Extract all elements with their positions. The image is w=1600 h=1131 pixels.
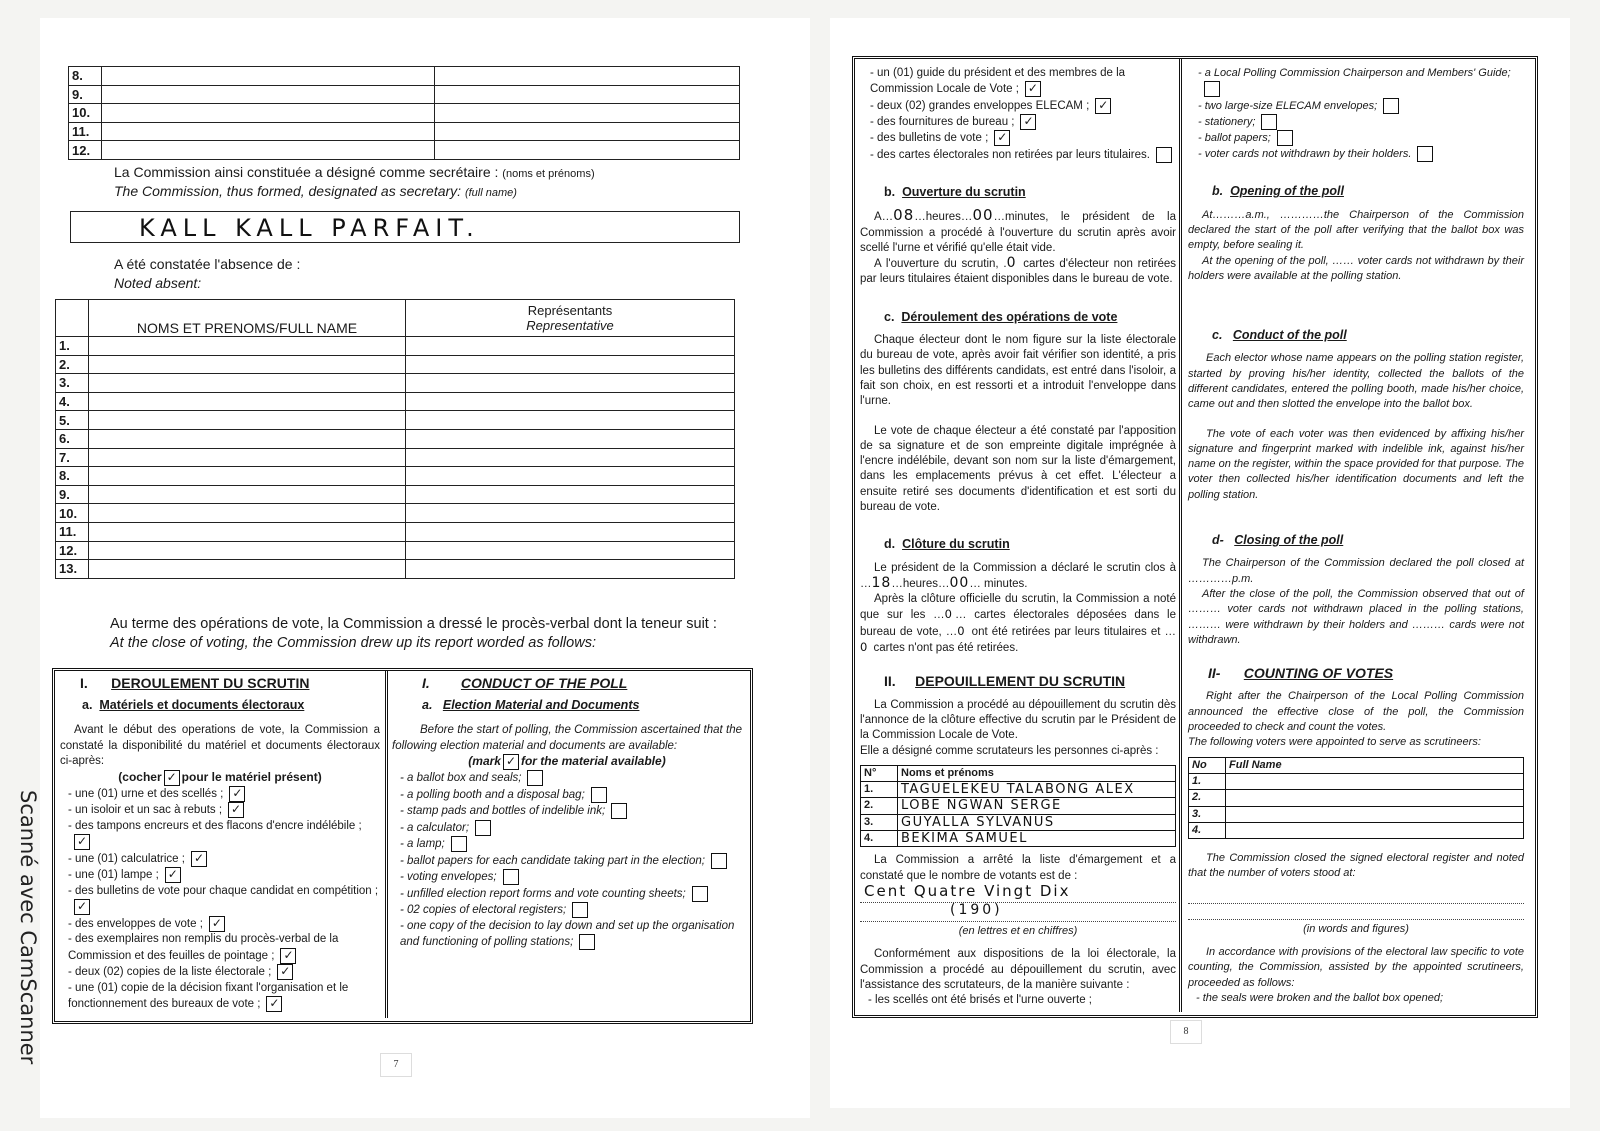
right-page: - un (01) guide du président et des memb… — [830, 18, 1570, 1108]
table-row: 11. — [56, 522, 735, 541]
checklist-item: - a ballot box and seals; — [400, 770, 742, 787]
scrutineer-row: 2.LOBE NGWAN SERGE — [861, 798, 1176, 814]
checkbox-checked-icon[interactable]: ✓ — [191, 851, 207, 867]
checklist-label: - ballot papers for each candidate takin… — [400, 855, 705, 867]
row-number: 12. — [56, 541, 89, 560]
en-column: I. CONDUCT OF THE POLL a. Election Mater… — [392, 676, 742, 951]
checklist-item: - des cartes électorales non retirées pa… — [870, 147, 1176, 163]
checklist-item: - unfilled election report forms and vot… — [400, 886, 742, 903]
fr-column: I. DEROULEMENT DU SCRUTIN a. Matériels e… — [60, 676, 380, 1013]
checkbox-empty-icon[interactable] — [591, 787, 607, 803]
scrutineers-table-en: No Full Name 1.2.3.4. — [1188, 757, 1524, 839]
row-number: 10. — [56, 504, 89, 523]
absent-label-fr: A été constatée l'absence de : — [114, 256, 300, 272]
representative-cell[interactable] — [435, 141, 740, 160]
checklist-item: - two large-size ELECAM envelopes; — [1198, 98, 1524, 114]
representative-cell[interactable] — [406, 392, 735, 411]
subsection-a-en: a. Election Material and Documents — [422, 698, 742, 714]
checkbox-checked-icon[interactable]: ✓ — [1025, 81, 1041, 97]
checklist-label: - un (01) guide du président et des memb… — [870, 67, 1125, 95]
scrutineer-name[interactable] — [1226, 790, 1524, 806]
table-row: 9. — [69, 85, 740, 104]
checklist-label: - one copy of the decision to lay down a… — [400, 920, 734, 949]
table-row: 13. — [56, 560, 735, 579]
checklist-label: - deux (02) copies de la liste électoral… — [68, 966, 271, 978]
checklist-label: - des exemplaires non remplis du procès-… — [68, 933, 338, 962]
checklist-label: - a Local Polling Commission Chairperson… — [1198, 67, 1511, 79]
representative-cell[interactable] — [406, 504, 735, 523]
checklist-label: - 02 copies of electoral registers; — [400, 904, 566, 916]
voters-in-words-en[interactable] — [1188, 888, 1524, 904]
checklist-label: - a calculator; — [400, 822, 469, 834]
scrutineers-table-fr: N° Noms et prénoms 1.TAGUELEKEU TALABONG… — [860, 765, 1176, 847]
row-number: 9. — [56, 485, 89, 504]
table-row: 10. — [56, 504, 735, 523]
representative-cell[interactable] — [406, 560, 735, 579]
checkbox-checked-icon[interactable]: ✓ — [74, 899, 90, 915]
representative-cell[interactable] — [406, 337, 735, 356]
cards-deposited[interactable]: 0 — [945, 607, 955, 621]
conduct-p2-fr: Le vote de chaque électeur a été constat… — [860, 424, 1176, 516]
checkbox-empty-icon[interactable] — [475, 820, 491, 836]
row-number: 3. — [56, 374, 89, 393]
column-divider — [385, 670, 391, 1018]
name-cell[interactable] — [89, 522, 406, 541]
name-cell[interactable] — [89, 560, 406, 579]
cards-not-withdrawn[interactable]: 0 — [860, 640, 870, 654]
absent-label-en: Noted absent: — [114, 275, 201, 291]
row-number: 8. — [69, 67, 102, 86]
table-row: 7. — [56, 448, 735, 467]
checklist-item: - une (01) copie de la décision fixant l… — [68, 981, 380, 1013]
fr-column-right: - un (01) guide du président et des memb… — [860, 66, 1176, 1008]
voters-in-words[interactable]: Cent Quatre Vingt Dix — [860, 884, 1176, 903]
checklist-label: - des bulletins de vote pour chaque cand… — [68, 885, 378, 897]
name-cell[interactable] — [89, 448, 406, 467]
checkbox-checked-icon[interactable]: ✓ — [74, 834, 90, 850]
opening-p1-en: At………a.m., …………the Chairperson of the Co… — [1188, 208, 1524, 254]
cards-withdrawn[interactable]: 0 — [957, 624, 967, 638]
name-cell[interactable] — [89, 485, 406, 504]
row-number: 9. — [69, 85, 102, 104]
name-cell[interactable] — [102, 141, 435, 160]
left-page: 8.9.10.11.12. La Commission ainsi consti… — [40, 18, 810, 1118]
law-item-1-fr: - les scellés ont été brisés et l'urne o… — [860, 993, 1176, 1008]
table-row: 6. — [56, 429, 735, 448]
scrutineer-name[interactable] — [1226, 822, 1524, 838]
intro-en: Before the start of polling, the Commiss… — [392, 723, 742, 754]
name-cell[interactable] — [89, 411, 406, 430]
checklist-item: - des fournitures de bureau ;✓ — [870, 114, 1176, 130]
subsection-a-fr: a. Matériels et documents électoraux — [82, 698, 380, 714]
checklist-label: - unfilled election report forms and vot… — [400, 888, 686, 900]
scrutineer-row: 3. — [1189, 806, 1524, 822]
section-title-fr: I. DEROULEMENT DU SCRUTIN — [80, 676, 380, 692]
checklist-label: - des fournitures de bureau ; — [870, 116, 1014, 128]
closing-hours[interactable]: 18 — [872, 575, 892, 591]
row-number: 13. — [56, 560, 89, 579]
opening-text-fr: A…08…heures…00…minutes, le président de … — [860, 208, 1176, 256]
conduct-p1-en: Each elector whose name appears on the p… — [1188, 351, 1524, 412]
voters-in-figures[interactable]: (190) — [860, 903, 1176, 922]
conduct-p2-en: The vote of each voter was then evidence… — [1188, 427, 1524, 503]
counting-p2-fr: Elle a désigné comme scrutateurs les per… — [860, 744, 1176, 759]
checkbox-empty-icon[interactable] — [1156, 147, 1172, 163]
law-text-en: In accordance with provisions of the ele… — [1188, 945, 1524, 991]
checklist-label: - a ballot box and seals; — [400, 772, 521, 784]
after-closing-fr: Après la clôture officielle du scrutin, … — [860, 592, 1176, 656]
checklist-item: - un isoloir et un sac à rebuts ;✓ — [68, 802, 380, 819]
representative-cell[interactable] — [406, 541, 735, 560]
name-cell[interactable] — [89, 467, 406, 486]
checkbox-checked-icon[interactable]: ✓ — [228, 802, 244, 818]
secretary-name: KALL KALL PARFAIT. — [139, 214, 480, 242]
checklist-item: - a polling booth and a disposal bag; — [400, 787, 742, 804]
scrutineer-number: 1. — [861, 782, 898, 798]
checklist-item: - une (01) urne et des scellés ;✓ — [68, 786, 380, 803]
checklist-item: - stationery; — [1198, 114, 1524, 130]
table-row: 8. — [56, 467, 735, 486]
name-cell[interactable] — [102, 104, 435, 123]
row-number: 11. — [56, 522, 89, 541]
page-number: 8 — [1170, 1020, 1202, 1044]
representative-cell[interactable] — [406, 485, 735, 504]
checkbox-checked-icon[interactable]: ✓ — [994, 130, 1010, 146]
table-row: 8. — [69, 67, 740, 86]
members-table-continued: 8.9.10.11.12. — [68, 66, 740, 160]
representative-cell[interactable] — [406, 522, 735, 541]
law-item-1-en: - the seals were broken and the ballot b… — [1188, 991, 1524, 1006]
table-row: 4. — [56, 392, 735, 411]
checkbox-empty-icon[interactable] — [527, 770, 543, 786]
opening-cards-value[interactable]: 0 — [1007, 255, 1019, 271]
checklist-item: - a Local Polling Commission Chairperson… — [1198, 66, 1524, 98]
scrutineer-name[interactable] — [1226, 806, 1524, 822]
subsection-c-en: c. Conduct of the poll — [1212, 328, 1524, 343]
checklist-item: - ballot papers; — [1198, 130, 1524, 146]
checkbox-empty-icon[interactable] — [503, 869, 519, 885]
section2-title-fr: II. DEPOUILLEMENT DU SCRUTIN — [884, 674, 1176, 689]
checklist-item: - deux (02) grandes enveloppes ELECAM ;✓ — [870, 98, 1176, 114]
representative-cell[interactable] — [435, 104, 740, 123]
checkbox-empty-icon[interactable] — [1261, 114, 1277, 130]
checklist-label: - two large-size ELECAM envelopes; — [1198, 99, 1377, 111]
closing-p1-en: The Chairperson of the Commission declar… — [1188, 556, 1524, 587]
checklist-item: - un (01) guide du président et des memb… — [870, 66, 1176, 98]
checklist-label: - une (01) copie de la décision fixant l… — [68, 982, 348, 1011]
checklist-label: - une (01) calculatrice ; — [68, 853, 185, 865]
checklist-label: - une (01) lampe ; — [68, 869, 159, 881]
checklist-item: - des exemplaires non remplis du procès-… — [68, 932, 380, 964]
absent-table: NOMS ET PRENOMS/FULL NAME Représentants … — [55, 299, 735, 579]
name-cell[interactable] — [102, 67, 435, 86]
counting-p1-fr: La Commission a procédé au dépouillement… — [860, 698, 1176, 744]
checklist-item: - a calculator; — [400, 820, 742, 837]
col-full-name: NOMS ET PRENOMS/FULL NAME — [89, 300, 406, 337]
mark-instruction-fr: (cocher✓pour le matériel présent) — [60, 770, 380, 786]
checklist-label: - voter cards not withdrawn by their hol… — [1198, 148, 1411, 160]
subsection-b-fr: b. Ouverture du scrutin — [884, 185, 1176, 200]
representative-cell[interactable] — [435, 122, 740, 141]
scrutineer-row: 4.BEKIMA SAMUEL — [861, 831, 1176, 847]
row-number: 7. — [56, 448, 89, 467]
scrutineer-number: 2. — [861, 798, 898, 814]
scrutineer-number: 1. — [1189, 773, 1226, 789]
name-cell[interactable] — [89, 355, 406, 374]
checkbox-checked-icon[interactable]: ✓ — [165, 867, 181, 883]
table-row: 10. — [69, 104, 740, 123]
name-cell[interactable] — [102, 85, 435, 104]
checkbox-empty-icon[interactable] — [1277, 130, 1293, 146]
name-cell[interactable] — [89, 504, 406, 523]
checklist-item: - voter cards not withdrawn by their hol… — [1198, 146, 1524, 162]
voters-in-figures-en[interactable] — [1188, 904, 1524, 920]
checklist-item: - une (01) calculatrice ;✓ — [68, 851, 380, 868]
secretary-label-en: The Commission, thus formed, designated … — [114, 183, 517, 199]
counting-p1-en: Right after the Chairperson of the Local… — [1188, 689, 1524, 735]
intro-fr: Avant le début des operations de vote, l… — [60, 723, 380, 770]
scrutineer-name[interactable]: GUYALLA SYLVANUS — [898, 814, 1176, 830]
checklist-label: - des tampons encreurs et des flacons d'… — [68, 820, 362, 832]
row-number: 12. — [69, 141, 102, 160]
scrutineer-number: 3. — [1189, 806, 1226, 822]
scrutineer-number: 2. — [1189, 790, 1226, 806]
checklist-label: - un isoloir et un sac à rebuts ; — [68, 804, 222, 816]
checkbox-empty-icon[interactable] — [1417, 146, 1433, 162]
en-column-right: - a Local Polling Commission Chairperson… — [1188, 66, 1524, 1006]
representative-cell[interactable] — [435, 85, 740, 104]
checklist-label: - stamp pads and bottles of indelible in… — [400, 805, 605, 817]
checklist-item: - a lamp; — [400, 836, 742, 853]
name-cell[interactable] — [89, 429, 406, 448]
scrutineer-name[interactable] — [1226, 773, 1524, 789]
row-number: 1. — [56, 337, 89, 356]
checkbox-checked-icon[interactable]: ✓ — [277, 964, 293, 980]
checklist-label: - voting envelopes; — [400, 871, 497, 883]
subsection-d-en: d- Closing of the poll — [1212, 533, 1524, 548]
checklist-item: - 02 copies of electoral registers; — [400, 902, 742, 919]
checklist-label: - des cartes électorales non retirées pa… — [870, 149, 1150, 161]
scrutineer-row: 1. — [1189, 773, 1524, 789]
name-cell[interactable] — [102, 122, 435, 141]
representative-cell[interactable] — [406, 429, 735, 448]
checkbox-checked-icon[interactable]: ✓ — [280, 948, 296, 964]
checklist-item: - deux (02) copies de la liste électoral… — [68, 964, 380, 981]
scrutineer-name[interactable]: LOBE NGWAN SERGE — [898, 798, 1176, 814]
table-row: 12. — [69, 141, 740, 160]
checkbox-checked-icon[interactable]: ✓ — [209, 916, 225, 932]
register-text-en: The Commission closed the signed elector… — [1188, 851, 1524, 882]
scrutineer-name[interactable]: TAGUELEKEU TALABONG ALEX — [898, 782, 1176, 798]
report-intro-fr: Au terme des opérations de vote, la Comm… — [110, 616, 717, 632]
representative-cell[interactable] — [406, 467, 735, 486]
checklist-label: - une (01) urne et des scellés ; — [68, 788, 223, 800]
words-figures-note-fr: (en lettres et en chiffres) — [860, 924, 1176, 939]
representative-cell[interactable] — [406, 448, 735, 467]
conduct-p1-fr: Chaque électeur dont le nom figure sur l… — [860, 333, 1176, 409]
camscanner-watermark: Scanné avec CamScanner — [16, 790, 40, 1064]
name-cell[interactable] — [89, 392, 406, 411]
scrutineer-row: 4. — [1189, 822, 1524, 838]
row-number: 8. — [56, 467, 89, 486]
row-number: 4. — [56, 392, 89, 411]
name-cell[interactable] — [89, 541, 406, 560]
checkbox-empty-icon[interactable] — [572, 902, 588, 918]
row-number: 5. — [56, 411, 89, 430]
checklist-item: - des bulletins de vote pour chaque cand… — [68, 884, 380, 916]
scrutineer-number: 3. — [861, 814, 898, 830]
checklist-item: - one copy of the decision to lay down a… — [400, 919, 742, 951]
checklist-label: - stationery; — [1198, 116, 1255, 128]
checkbox-empty-icon[interactable] — [1204, 81, 1220, 97]
scrutineer-name[interactable]: BEKIMA SAMUEL — [898, 831, 1176, 847]
checklist-label: - deux (02) grandes enveloppes ELECAM ; — [870, 100, 1089, 112]
scrutineer-row: 3.GUYALLA SYLVANUS — [861, 814, 1176, 830]
closing-minutes[interactable]: 00 — [950, 575, 970, 591]
table-row: 5. — [56, 411, 735, 430]
section2-title-en: II- COUNTING OF VOTES — [1208, 666, 1524, 681]
checklist-label: - a polling booth and a disposal bag; — [400, 789, 585, 801]
mark-instruction-en: (mark✓for the material available) — [392, 754, 742, 770]
checklist-item: - voting envelopes; — [400, 869, 742, 886]
table-row: 9. — [56, 485, 735, 504]
table-row: 1. — [56, 337, 735, 356]
checklist-item: - des bulletins de vote ;✓ — [870, 130, 1176, 146]
checkbox-empty-icon[interactable] — [579, 934, 595, 950]
subsection-b-en: b. Opening of the poll — [1212, 184, 1524, 199]
page-number: 7 — [380, 1053, 412, 1077]
opening-p2-en: At the opening of the poll, …… voter car… — [1188, 254, 1524, 285]
table-row: 3. — [56, 374, 735, 393]
closing-text-fr: Le président de la Commission a déclaré … — [860, 561, 1176, 593]
col-representative: Représentants Representative — [406, 300, 735, 337]
scrutineer-row: 1.TAGUELEKEU TALABONG ALEX — [861, 782, 1176, 798]
scrutineer-number: 4. — [861, 831, 898, 847]
checklist-item: - des enveloppes de vote ;✓ — [68, 916, 380, 933]
opening-cards-fr: A l'ouverture du scrutin, .0 cartes d'él… — [860, 256, 1176, 288]
table-row: 12. — [56, 541, 735, 560]
subsection-d-fr: d. Clôture du scrutin — [884, 537, 1176, 552]
row-number: 6. — [56, 429, 89, 448]
closing-p2-en: After the close of the poll, the Commiss… — [1188, 587, 1524, 648]
checklist-label: - des enveloppes de vote ; — [68, 918, 203, 930]
checkbox-empty-icon[interactable] — [611, 803, 627, 819]
column-divider — [1179, 58, 1185, 1012]
checkbox-checked-icon[interactable]: ✓ — [266, 996, 282, 1012]
report-intro-en: At the close of voting, the Commission d… — [110, 635, 596, 651]
checkbox-checked-icon[interactable]: ✓ — [1020, 114, 1036, 130]
checklist-item: - des tampons encreurs et des flacons d'… — [68, 819, 380, 851]
secretary-name-field[interactable]: KALL KALL PARFAIT. — [70, 211, 740, 243]
checkbox-empty-icon[interactable] — [451, 836, 467, 852]
checklist-item: - ballot papers for each candidate takin… — [400, 853, 742, 870]
counting-p2-en: The following voters were appointed to s… — [1188, 735, 1524, 750]
opening-hours[interactable]: 08 — [893, 206, 914, 224]
words-figures-note-en: (in words and figures) — [1188, 922, 1524, 937]
checklist-label: - a lamp; — [400, 838, 445, 850]
opening-minutes[interactable]: 00 — [972, 206, 993, 224]
representative-cell[interactable] — [406, 374, 735, 393]
checkbox-checked-icon[interactable]: ✓ — [1095, 98, 1111, 114]
subsection-c-fr: c. Déroulement des opérations de vote — [884, 310, 1176, 325]
checkbox-empty-icon[interactable] — [692, 886, 708, 902]
checklist-label: - ballot papers; — [1198, 132, 1271, 144]
row-number: 11. — [69, 122, 102, 141]
checklist-label: - des bulletins de vote ; — [870, 132, 988, 144]
representative-cell[interactable] — [435, 67, 740, 86]
table-row: 2. — [56, 355, 735, 374]
secretary-label-fr: La Commission ainsi constituée a désigné… — [114, 164, 595, 180]
checkbox-empty-icon[interactable] — [1383, 98, 1399, 114]
checkbox-checked-icon[interactable]: ✓ — [229, 786, 245, 802]
checkbox-empty-icon[interactable] — [711, 853, 727, 869]
representative-cell[interactable] — [406, 355, 735, 374]
checklist-item: - une (01) lampe ;✓ — [68, 867, 380, 884]
row-number: 10. — [69, 104, 102, 123]
section-title-en: I. CONDUCT OF THE POLL — [422, 676, 742, 692]
register-text-fr: La Commission a arrêté la liste d'émarge… — [860, 853, 1176, 884]
name-cell[interactable] — [89, 374, 406, 393]
representative-cell[interactable] — [406, 411, 735, 430]
name-cell[interactable] — [89, 337, 406, 356]
law-text-fr: Conformément aux dispositions de la loi … — [860, 947, 1176, 993]
checklist-item: - stamp pads and bottles of indelible in… — [400, 803, 742, 820]
scrutineer-row: 2. — [1189, 790, 1524, 806]
scrutineer-number: 4. — [1189, 822, 1226, 838]
table-row: 11. — [69, 122, 740, 141]
row-number: 2. — [56, 355, 89, 374]
